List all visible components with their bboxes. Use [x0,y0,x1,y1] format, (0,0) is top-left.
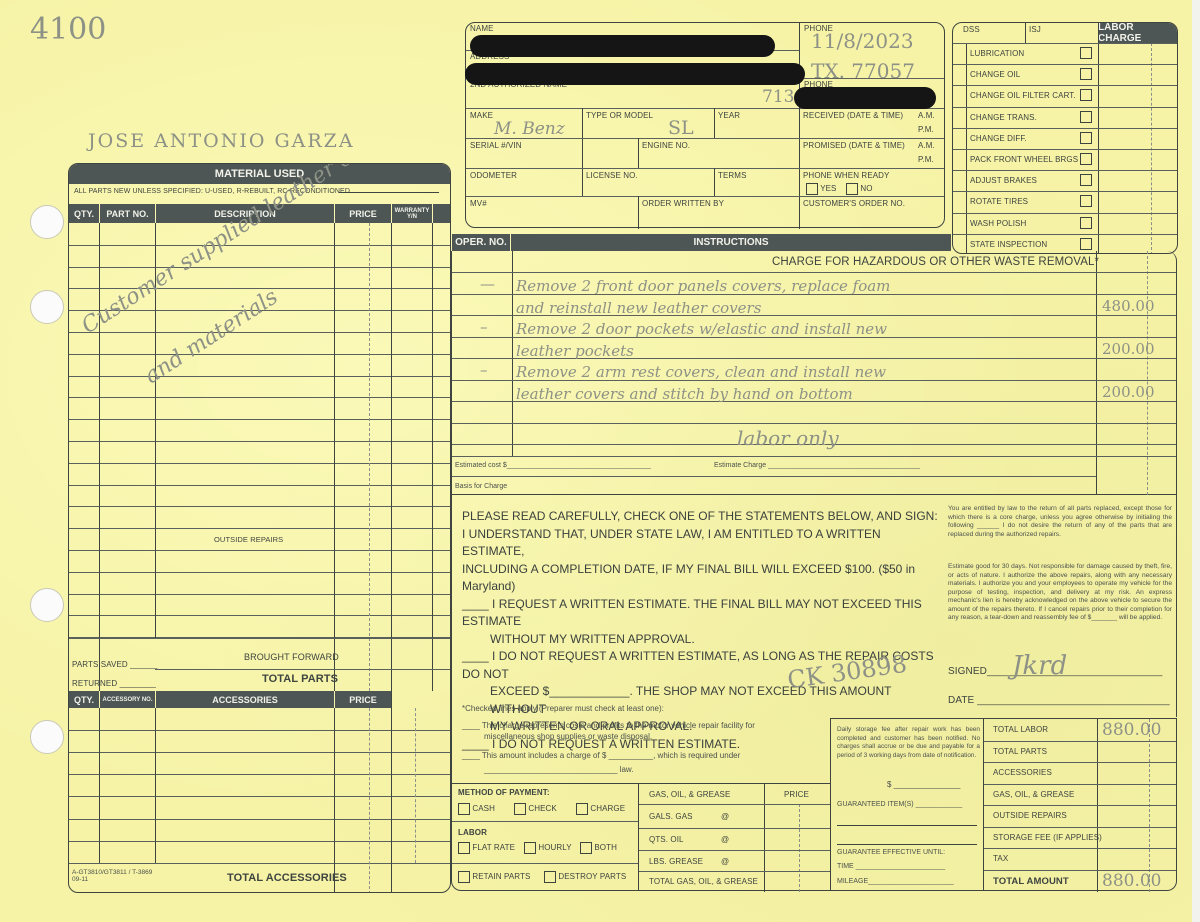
accessory-row [69,730,450,731]
gas-oil-grease-box: GAS, OIL, & GREASE PRICE GALS. GAS @ QTS… [639,783,831,891]
outside-repairs-label: OUTSIDE REPAIRS [214,535,283,544]
labor-charge-header: LABOR CHARGE [1098,23,1178,43]
phone-ready-yes[interactable]: YES [806,183,837,195]
lbs-grease-label: LBS. GREASE [649,857,703,866]
estimated-cost-label: Estimated cost $________________________… [455,462,651,471]
engine-label: ENGINE NO. [642,141,690,150]
received-label: RECEIVED (DATE & TIME) [803,111,903,120]
checked-lines-note: *Checked lines apply (Preparer must chec… [462,705,664,714]
instruction-dash: – [480,318,488,336]
material-row [69,463,450,464]
instruction-dash: — [480,275,495,293]
am-label: A.M. [918,141,935,150]
totals-box: TOTAL LABOR880.00TOTAL PARTSACCESSORIESG… [984,718,1177,891]
instruction-line: Remove 2 front door panels covers, repla… [516,277,890,295]
instruction-line: and reinstall new leather covers [516,299,761,317]
qts-oil-label: QTS. OIL [649,835,684,844]
service-checkbox[interactable] [1080,132,1092,144]
yes-checkbox[interactable] [806,183,818,195]
guarantee-mileage-field[interactable]: MILEAGE______________________ [837,878,954,887]
binder-hole [30,588,64,622]
gals-gas-label: GALS. GAS [649,812,693,821]
total-gas-oil-label: TOTAL GAS, OIL, & GREASE [649,877,758,886]
instruction-line: Remove 2 door pockets w/elastic and inst… [516,320,887,338]
material-row [69,419,450,420]
totals-row-label: TOTAL PARTS [993,747,1047,756]
instructions-box: CHARGE FOR HAZARDOUS OR OTHER WASTE REMO… [451,251,1177,495]
gas-oil-price-header: PRICE [784,790,809,799]
instructions-header: INSTRUCTIONS [511,234,951,251]
totals-row-label: TOTAL LABOR [993,725,1048,734]
handwritten-model: SL [668,117,694,139]
material-used-title: MATERIAL USED [69,164,450,184]
no-checkbox[interactable] [846,183,858,195]
mv-label: MV# [470,199,487,208]
brought-forward-label: BROUGHT FORWARD [244,652,339,662]
service-item-label: STATE INSPECTION [970,240,1047,249]
returned-label: RETURNED ________ [72,679,156,688]
col-qty: QTY. [69,204,99,223]
am-label: A.M. [918,111,935,120]
gas-oil-header: GAS, OIL, & GREASE [649,790,730,799]
labor-both[interactable]: BOTH [580,842,617,854]
pay-cash[interactable]: CASH [458,803,495,815]
binder-hole [30,720,64,754]
material-row [69,594,450,595]
service-item-label: ADJUST BRAKES [970,176,1037,185]
service-checkbox[interactable] [1080,153,1092,165]
estimate-charge-label: Estimate Charge ________________________… [714,462,920,471]
service-checkbox[interactable] [1080,238,1092,250]
total-accessories-label: TOTAL ACCESSORIES [227,872,347,884]
material-row [69,572,450,573]
service-item-label: CHANGE DIFF. [970,134,1027,143]
at-symbol: @ [721,835,729,844]
material-row [69,441,450,442]
binder-hole [30,290,64,324]
service-checkbox[interactable] [1080,68,1092,80]
material-row [69,397,450,398]
totals-row-label: OUTSIDE REPAIRS [993,811,1067,820]
service-item-label: CHANGE OIL [970,70,1020,79]
oper-no-header: OPER. NO. [452,234,510,251]
material-used-table: MATERIAL USED ALL PARTS NEW UNLESS SPECI… [68,163,451,893]
customer-order-label: CUSTOMER'S ORDER NO. [803,199,905,208]
charge-line-2[interactable]: ____ This amount includes a charge of $ … [462,749,740,777]
material-row [69,354,450,355]
guarantee-time-field[interactable]: TIME _______________________ [837,863,945,872]
dss-label: DSS [963,25,980,34]
labor-hourly[interactable]: HOURLY [524,842,572,854]
material-row [69,550,450,551]
repair-order-form: 4100 JOSE ANTONIO GARZA MATERIAL USED AL… [0,0,1192,922]
service-checkbox[interactable] [1080,89,1092,101]
year-label: YEAR [718,111,740,120]
acc-col-accessories: ACCESSORIES [156,691,334,708]
authorization-section: PLEASE READ CAREFULLY, CHECK ONE OF THE … [451,495,1177,717]
phone-ready-label: PHONE WHEN READY [803,171,890,180]
pm-label: P.M. [918,155,934,164]
service-checkbox[interactable] [1080,174,1092,186]
totals-row-label: ACCESSORIES [993,768,1052,777]
handwritten-date: 11/8/2023 [811,29,914,53]
name-label: NAME [470,24,494,33]
odometer-label: ODOMETER [470,171,517,180]
pm-label: P.M. [918,125,934,134]
redacted-address [465,63,805,85]
acc-col-price: PRICE [335,691,391,708]
instruction-dash: – [480,361,488,379]
totals-row-label: TAX [993,854,1008,863]
material-row [69,332,450,333]
charge-explanation: ____ This charge represents costs and pr… [451,717,829,783]
instruction-charge: 200.00 [1102,383,1155,401]
phone-ready-no[interactable]: NO [846,183,873,195]
total-parts-label: TOTAL PARTS [262,673,338,685]
understand-line-2: INCLUDING A COMPLETION DATE, IF MY FINAL… [462,561,942,596]
accessory-row [69,752,450,753]
material-row [69,245,450,246]
totals-row-label: TOTAL AMOUNT [993,876,1069,887]
storage-fee-text: Daily storage fee after repair work has … [837,726,980,760]
service-item-label: WASH POLISH [970,219,1026,228]
guarantee-effective-label: GUARANTEE EFFECTIVE UNTIL: [837,849,945,858]
service-item-label: CHANGE OIL FILTER CART. [970,91,1076,100]
accessory-row [69,819,450,820]
parts-saved-label: PARTS SAVED ______ [72,660,157,669]
form-number: A-GT3810/GT3811 / T-386909-11 [72,869,152,883]
signature: Jkrd [1012,651,1067,681]
date-field[interactable]: DATE __________________________________ [948,695,1170,706]
payment-box: METHOD OF PAYMENT: CASH CHECK CHARGE LAB… [451,783,639,891]
model-label: TYPE OR MODEL [586,111,653,120]
parts-return-text: You are entitled by law to the return of… [948,505,1172,539]
service-checkbox[interactable] [1080,111,1092,123]
written-by-label: ORDER WRITTEN BY [642,199,724,208]
handwritten-labor-only: labor only [737,426,839,450]
material-row [69,267,450,268]
payment-method-label: METHOD OF PAYMENT: [458,788,550,797]
accessory-row [69,796,450,797]
service-item-label: ROTATE TIRES [970,197,1028,206]
promised-label: PROMISED (DATE & TIME) [803,141,905,150]
service-checkbox[interactable] [1080,195,1092,207]
handwritten-make: M. Benz [494,119,565,139]
accessory-row [69,774,450,775]
service-item-label: CHANGE TRANS. [970,113,1037,122]
services-box: DSS ISJ LABOR CHARGE LUBRICATIONCHANGE O… [952,22,1178,254]
handwritten-materials-note-2: and materials [140,285,282,389]
col-part-no: PART NO. [100,204,155,223]
totals-row-label: GAS, OIL, & GREASE [993,790,1074,799]
service-checkbox[interactable] [1080,217,1092,229]
handwritten-area-code: 713 [762,87,794,107]
instruction-charge: 200.00 [1102,340,1155,358]
col-warranty: WARRANTY Y/N [392,204,432,223]
charge-line-1[interactable]: ____ This charge represents costs and pr… [462,721,755,742]
labor-type-label: LABOR [458,828,487,837]
acc-col-number: ACCESSORY NO. [100,691,155,708]
instruction-line: Remove 2 arm rest covers, clean and inst… [516,363,886,381]
authorization-heading: PLEASE READ CAREFULLY, CHECK ONE OF THE … [462,508,942,526]
col-price: PRICE [335,204,391,223]
hazardous-waste-line: CHARGE FOR HAZARDOUS OR OTHER WASTE REMO… [772,256,1099,268]
storage-guarantee-box: Daily storage fee after repair work has … [830,718,984,891]
instruction-line: leather pockets [516,342,634,360]
handwritten-customer-name: JOSE ANTONIO GARZA [88,130,355,152]
serial-label: SERIAL #/VIN [470,141,522,150]
totals-row-value: 880.00 [1102,720,1161,740]
pay-charge[interactable]: CHARGE [576,803,625,815]
service-checkbox[interactable] [1080,47,1092,59]
retain-parts[interactable]: RETAIN PARTS [458,871,530,883]
instruction-line: leather covers and stitch by hand on bot… [516,385,853,403]
redacted-name [470,35,775,57]
accessory-row [69,863,450,864]
make-label: MAKE [470,111,493,120]
option-1-cont: WITHOUT MY WRITTEN APPROVAL. [462,631,942,649]
material-row [69,615,450,616]
totals-row-value: 880.00 [1102,871,1161,891]
material-row [69,376,450,377]
estimate-terms-text: Estimate good for 30 days. Not responsib… [948,563,1172,623]
destroy-parts[interactable]: DESTROY PARTS [544,871,626,883]
redacted-phone [794,87,936,109]
license-label: LICENSE NO. [586,171,638,180]
guaranteed-items-field[interactable]: GUARANTEED ITEM(S) ____________ [837,801,962,810]
service-item-label: PACK FRONT WHEEL BRGS [970,155,1078,164]
at-symbol: @ [721,812,729,821]
acc-col-qty: QTY. [69,691,99,708]
terms-label: TERMS [718,171,747,180]
option-request-estimate[interactable]: ____ I REQUEST A WRITTEN ESTIMATE. THE F… [462,596,942,631]
labor-flat-rate[interactable]: FLAT RATE [458,842,515,854]
material-row [69,506,450,507]
totals-row-label: STORAGE FEE (if applies) [993,833,1102,842]
material-row [69,485,450,486]
isj-label: ISJ [1029,25,1041,34]
accessory-row [69,841,450,842]
basis-for-charge-label: Basis for Charge [455,483,507,492]
binder-hole [30,205,64,239]
material-row [69,528,450,529]
service-item-label: LUBRICATION [970,49,1024,58]
pay-check[interactable]: CHECK [514,803,557,815]
understand-line-1: I UNDERSTAND THAT, UNDER STATE LAW, I AM… [462,526,942,561]
at-symbol: @ [721,857,729,866]
storage-fee-field[interactable]: $ _______________ [887,781,960,790]
instruction-charge: 480.00 [1102,297,1155,315]
handwritten-order-number: 4100 [30,12,106,47]
